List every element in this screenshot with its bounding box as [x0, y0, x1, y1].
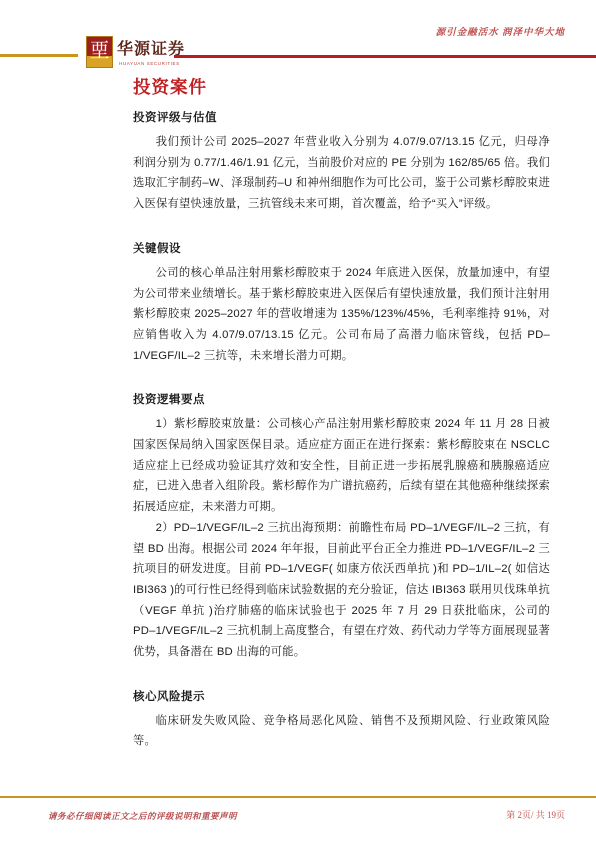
header-slogan: 源引金融活水 润泽中华大地	[436, 24, 565, 38]
section-heading: 投资评级与估值	[133, 109, 550, 125]
section-heading: 投资逻辑要点	[133, 391, 550, 407]
header-gold-rule	[0, 54, 78, 57]
brand-block: 华源证券 HUAYUAN SECURITIES	[117, 36, 207, 66]
section-rating-valuation: 投资评级与估值 我们预计公司 2025–2027 年营业收入分别为 4.07/9…	[133, 109, 550, 215]
footer-gold-rule	[0, 796, 596, 798]
report-page: 垔 华源证券 HUAYUAN SECURITIES 源引金融活水 润泽中华大地 …	[0, 0, 596, 842]
section-paragraph: 2）PD–1/VEGF/IL–2 三抗出海预期：前瞻性布局 PD–1/VEGF/…	[133, 518, 550, 663]
section-key-assumptions: 关键假设 公司的核心单品注射用紫杉醇胶束于 2024 年底进入医保，放量加速中，…	[133, 240, 550, 367]
section-paragraph: 我们预计公司 2025–2027 年营业收入分别为 4.07/9.07/13.1…	[133, 132, 550, 215]
report-body: 投资案件 投资评级与估值 我们预计公司 2025–2027 年营业收入分别为 4…	[133, 74, 550, 777]
brand-name-en: HUAYUAN SECURITIES	[119, 61, 207, 66]
footer-page-number: 第 2页/ 共 19页	[506, 808, 565, 821]
huayuan-logo-icon: 垔	[86, 36, 113, 68]
section-core-risks: 核心风险提示 临床研发失败风险、竞争格局恶化风险、销售不及预期风险、行业政策风险…	[133, 688, 550, 752]
section-investment-logic: 投资逻辑要点 1）紫杉醇胶束放量：公司核心产品注射用紫杉醇胶束 2024 年 1…	[133, 391, 550, 662]
section-paragraph: 临床研发失败风险、竞争格局恶化风险、销售不及预期风险、行业政策风险等。	[133, 711, 550, 752]
section-paragraph: 公司的核心单品注射用紫杉醇胶束于 2024 年底进入医保，放量加速中，有望为公司…	[133, 263, 550, 367]
section-paragraph: 1）紫杉醇胶束放量：公司核心产品注射用紫杉醇胶束 2024 年 11 月 28 …	[133, 414, 550, 518]
section-heading: 核心风险提示	[133, 688, 550, 704]
section-heading: 关键假设	[133, 240, 550, 256]
footer-disclaimer: 请务必仔细阅读正文之后的评级说明和重要声明	[48, 810, 237, 822]
page-title: 投资案件	[133, 74, 550, 99]
header-red-rule	[174, 55, 596, 58]
logo-seal-glyph: 垔	[90, 41, 110, 61]
